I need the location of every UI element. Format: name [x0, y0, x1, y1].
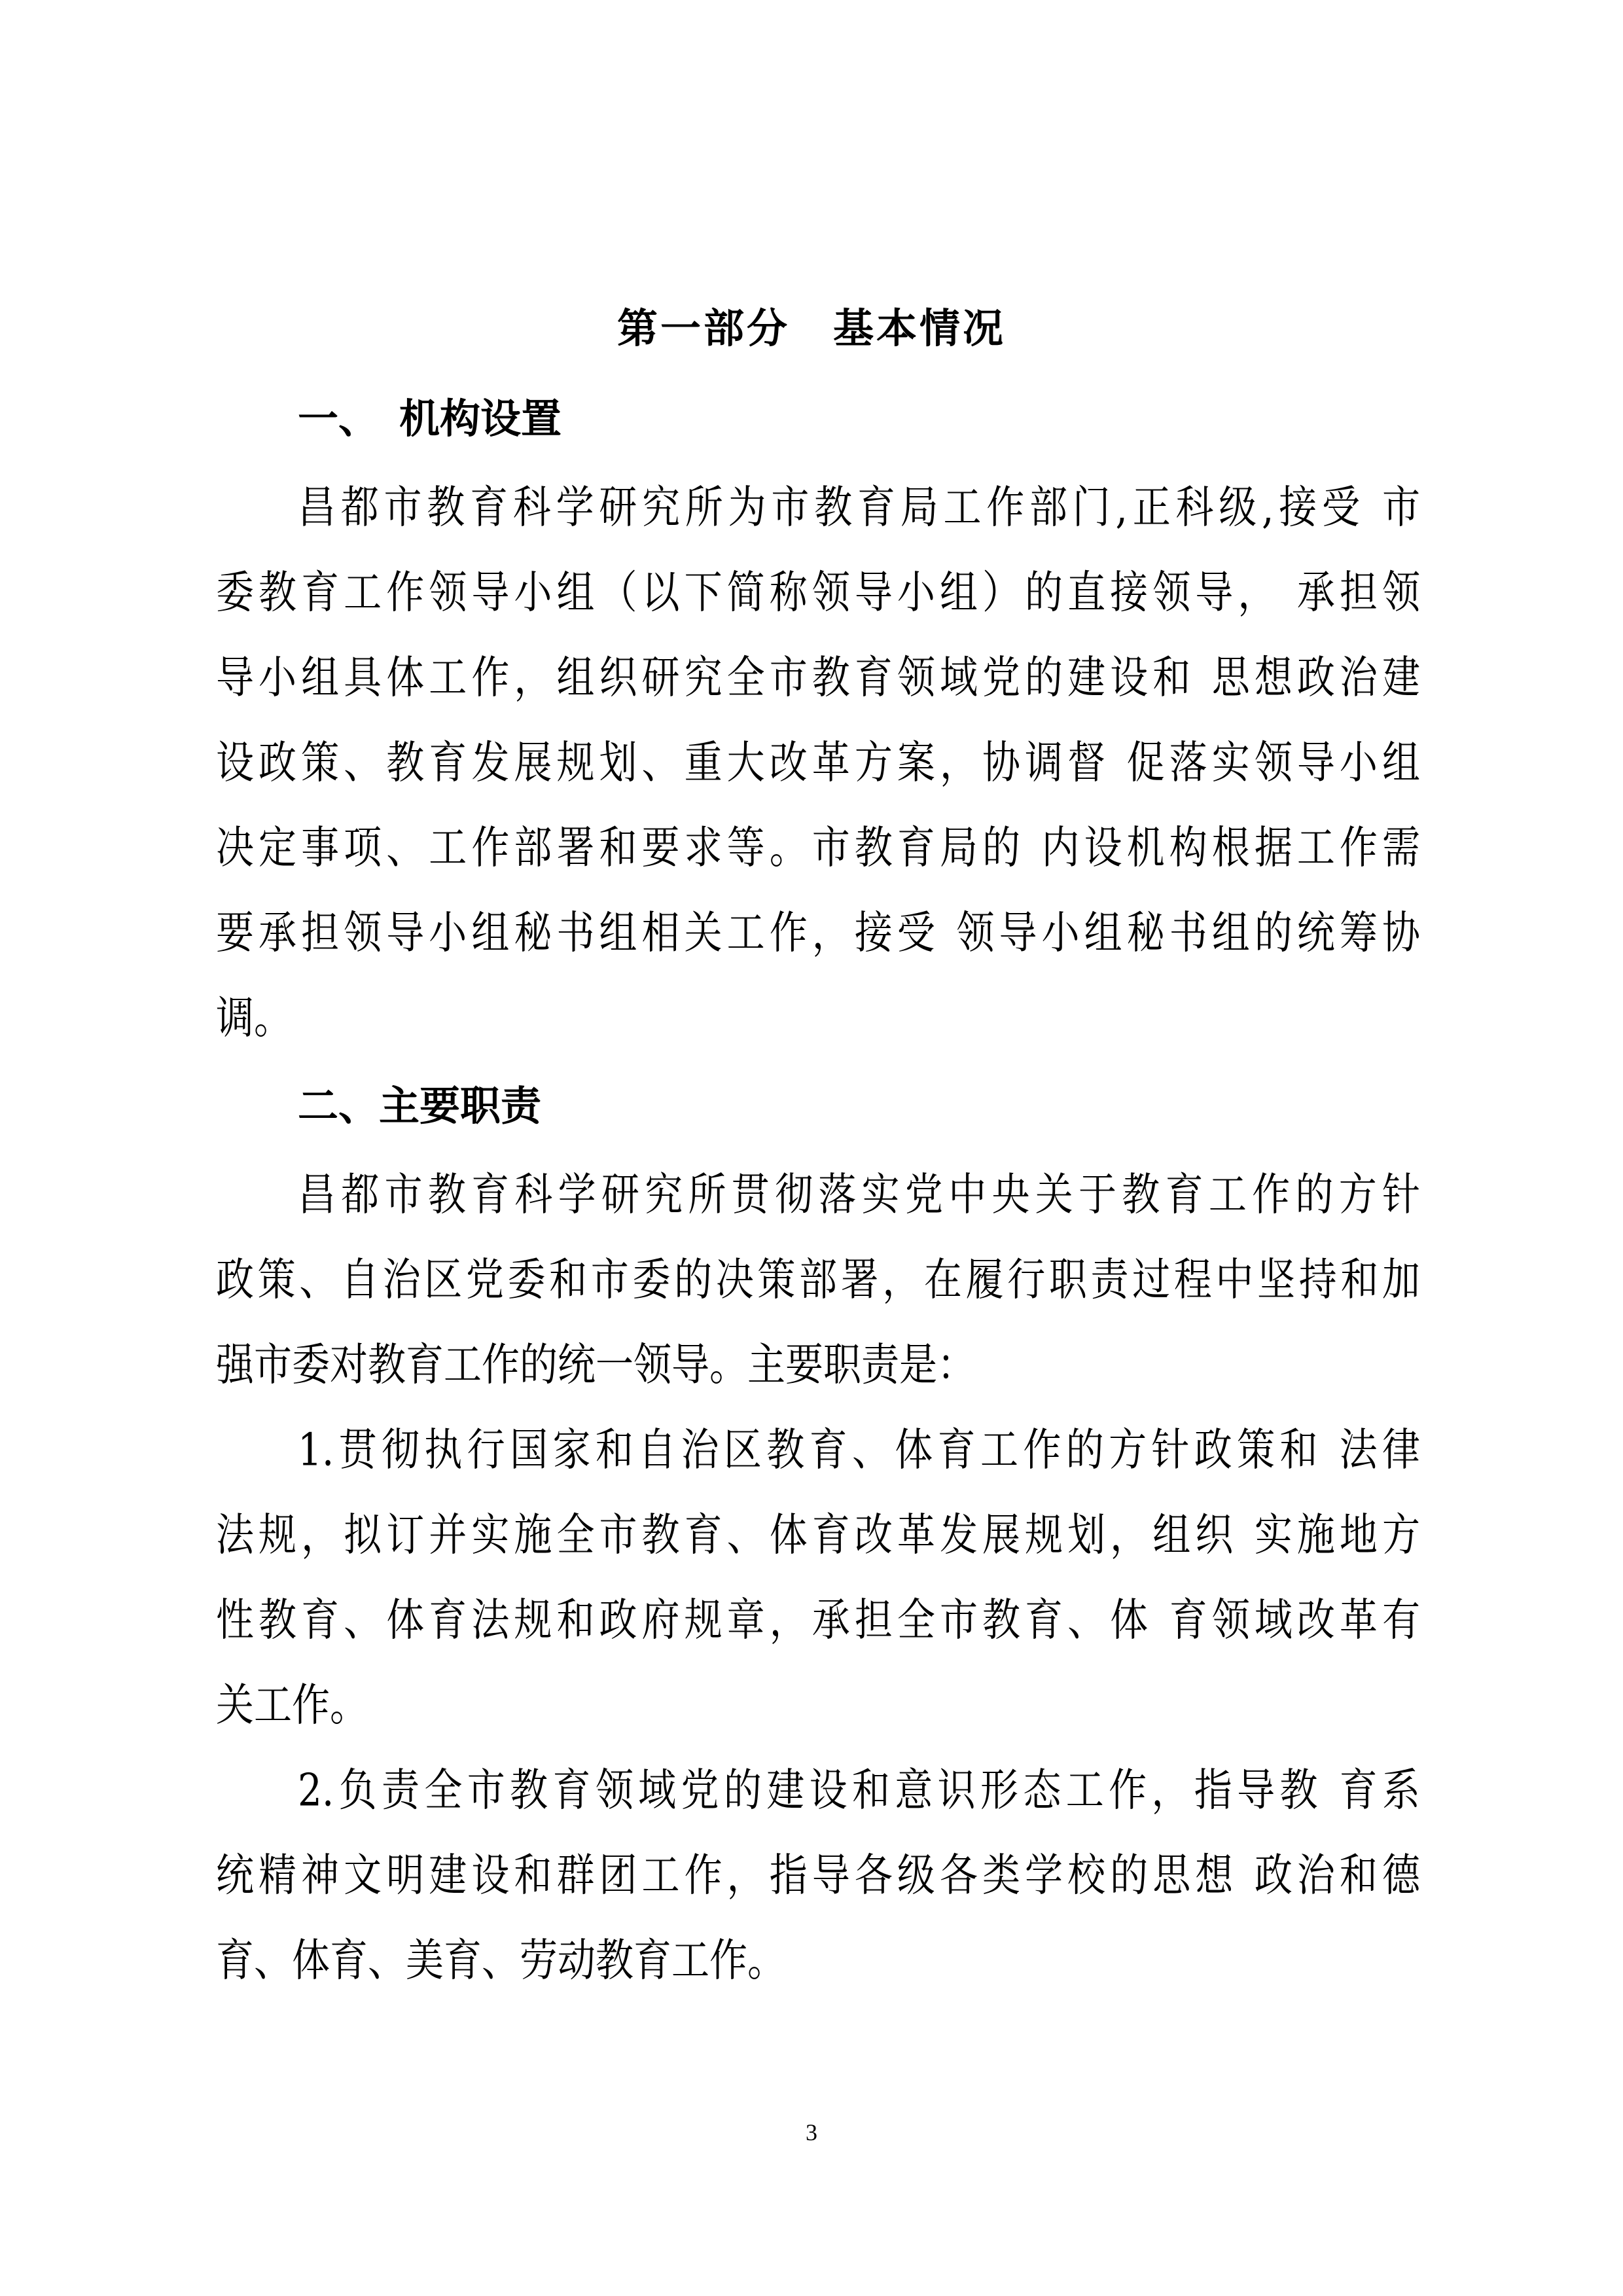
- paragraph-line: 调。: [216, 987, 1420, 1049]
- document-page: 第一部分 基本情况 一、 机构设置 昌都市教育科学研究所为市教育局工作部门,正科…: [0, 0, 1623, 2296]
- part-title: 第一部分 基本情况: [0, 302, 1623, 355]
- paragraph-line: 决定事项、工作部署和要求等。市教育局的 内设机构根据工作需: [216, 817, 1420, 878]
- duty-item-1-line: 1.贯彻执行国家和自治区教育、体育工作的方针政策和 法律: [298, 1419, 1420, 1480]
- paragraph-line: 强市委对教育工作的统一领导。主要职责是：: [216, 1334, 1420, 1395]
- page-number: 3: [0, 2118, 1623, 2147]
- section-heading-org-setup: 一、 机构设置: [298, 393, 562, 445]
- duty-item-2-line: 育、体育、美育、劳动教育工作。: [216, 1929, 1420, 1991]
- duty-item-2-line: 统精神文明建设和群团工作，指导各级各类学校的思想 政治和德: [216, 1844, 1420, 1906]
- paragraph-line: 昌都市教育科学研究所贯彻落实党中央关于教育工作的方针: [298, 1164, 1420, 1225]
- paragraph-line: 导小组具体工作，组织研究全市教育领域党的建设和 思想政治建: [216, 647, 1420, 708]
- section-heading-main-duties: 二、主要职责: [298, 1080, 541, 1132]
- paragraph-line: 委教育工作领导小组（以下简称领导小组）的直接领导， 承担领: [216, 562, 1420, 623]
- paragraph-line: 昌都市教育科学研究所为市教育局工作部门,正科级,接受 市: [298, 476, 1420, 538]
- paragraph-line: 政策、自治区党委和市委的决策部署，在履行职责过程中坚持和加: [216, 1249, 1420, 1310]
- duty-item-1-line: 法规，拟订并实施全市教育、体育改革发展规划，组织 实施地方: [216, 1504, 1420, 1566]
- duty-item-2-line: 2.负责全市教育领域党的建设和意识形态工作，指导教 育系: [298, 1759, 1420, 1821]
- duty-item-1-line: 关工作。: [216, 1674, 1420, 1736]
- paragraph-line: 设政策、教育发展规划、重大改革方案，协调督 促落实领导小组: [216, 732, 1420, 793]
- paragraph-line: 要承担领导小组秘书组相关工作，接受 领导小组秘书组的统筹协: [216, 902, 1420, 963]
- duty-item-1-line: 性教育、体育法规和政府规章，承担全市教育、体 育领域改革有: [216, 1589, 1420, 1651]
